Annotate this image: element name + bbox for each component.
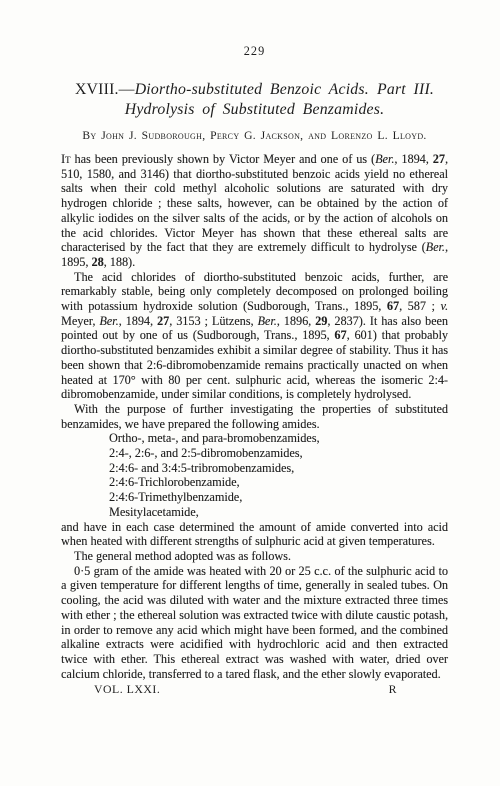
paragraph-determination: and have in each case determined the amo…: [61, 520, 448, 549]
page-number: 229: [61, 44, 448, 59]
paragraph-intro: It has been previously shown by Victor M…: [61, 152, 448, 270]
amide-list-item: 2:4:6- and 3:4:5-tribromobenzamides,: [109, 461, 448, 476]
title-line-1: XVIII.—Diortho-substituted Benzoic Acids…: [61, 80, 448, 100]
byline: By John J. Sudborough, Percy G. Jackson,…: [61, 129, 448, 142]
page-footer: VOL. LXXI. R: [61, 682, 448, 697]
article-body: It has been previously shown by Victor M…: [61, 152, 448, 681]
amide-list: Ortho-, meta-, and para-bromobenzamides,…: [61, 431, 448, 519]
amide-list-item: Ortho-, meta-, and para-bromobenzamides,: [109, 431, 448, 446]
paragraph-acid-chlorides: The acid chlorides of diortho-substitute…: [61, 270, 448, 402]
amide-list-item: Mesitylacetamide,: [109, 505, 448, 520]
paragraph-method-intro: The general method adopted was as follow…: [61, 549, 448, 564]
paragraph-procedure: 0·5 gram of the amide was heated with 20…: [61, 564, 448, 682]
signature-mark: R: [389, 682, 448, 697]
page-content: 229 XVIII.—Diortho-substituted Benzoic A…: [0, 0, 500, 697]
title-line-2: Hydrolysis of Substituted Benzamides.: [61, 100, 448, 120]
paragraph-purpose: With the purpose of further investigatin…: [61, 402, 448, 431]
amide-list-item: 2:4:6-Trichlorobenzamide,: [109, 475, 448, 490]
journal-page: 229 XVIII.—Diortho-substituted Benzoic A…: [0, 0, 500, 786]
article-title: XVIII.—Diortho-substituted Benzoic Acids…: [61, 80, 448, 120]
amide-list-item: 2:4-, 2:6-, and 2:5-dibromobenzamides,: [109, 446, 448, 461]
amide-list-item: 2:4:6-Trimethylbenzamide,: [109, 490, 448, 505]
volume-label: VOL. LXXI.: [61, 682, 160, 697]
